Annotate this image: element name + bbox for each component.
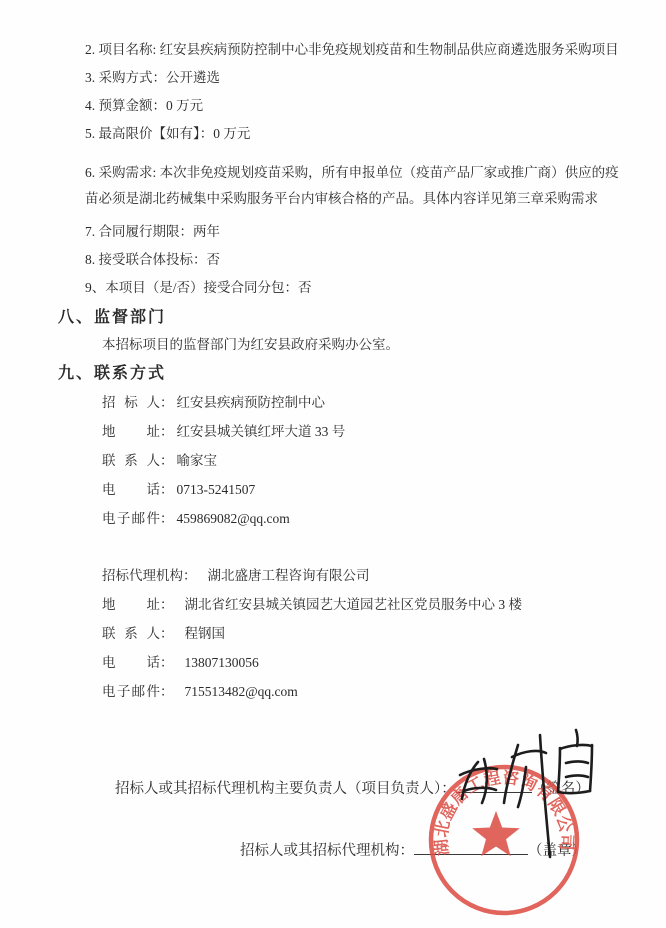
contact-label: 地址	[102, 417, 160, 446]
contact-label: 联系人	[102, 619, 160, 648]
contact-row-email: 电子邮件：715513482@qq.com	[102, 677, 626, 706]
document-body: 2. 项目名称: 红安县疾病预防控制中心非免疫规划疫苗和生物制品供应商遴选服务采…	[0, 0, 666, 706]
document-page: 2. 项目名称: 红安县疾病预防控制中心非免疫规划疫苗和生物制品供应商遴选服务采…	[0, 0, 666, 928]
section-heading-contact: 九、联系方式	[58, 360, 626, 388]
contact-row-address: 地址：湖北省红安县城关镇园艺大道园艺社区党员服务中心 3 楼	[102, 590, 626, 619]
supervision-paragraph: 本招标项目的监督部门为红安县政府采购办公室。	[102, 332, 626, 358]
contact-value: 459869082@qq.com	[174, 511, 290, 526]
contact-value: 程钢国	[174, 626, 226, 641]
contact-colon: ：	[160, 453, 174, 468]
company-seal: 湖北盛唐工程咨询有限公司	[431, 767, 577, 913]
contact-colon: ：	[160, 655, 174, 670]
section-heading-supervision: 八、监督部门	[58, 304, 626, 332]
seal-and-signature-overlay: 湖北盛唐工程咨询有限公司	[400, 715, 666, 928]
item-subcontract: 9、本项目（是/否）接受合同分包：否	[85, 274, 626, 302]
contact-colon: ：	[160, 395, 174, 410]
agency-contact-block: 招标代理机构：湖北盛唐工程咨询有限公司 地址：湖北省红安县城关镇园艺大道园艺社区…	[102, 561, 626, 706]
contact-colon: ：	[160, 684, 174, 699]
item-consortium-bid: 8. 接受联合体投标：否	[85, 246, 626, 274]
contact-colon: ：	[160, 511, 174, 526]
contact-label: 招标代理机构	[102, 561, 183, 590]
seal-star-icon	[472, 811, 520, 856]
contact-row-phone: 电话：0713-5241507	[102, 475, 626, 504]
item-project-name: 2. 项目名称: 红安县疾病预防控制中心非免疫规划疫苗和生物制品供应商遴选服务采…	[85, 36, 626, 64]
contact-value: 0713-5241507	[174, 482, 256, 497]
contact-value: 喻家宝	[174, 453, 218, 468]
contact-label: 电话	[102, 648, 160, 677]
item-contract-term: 7. 合同履行期限：两年	[85, 218, 626, 246]
tenderer-contact-block: 招标人：红安县疾病预防控制中心 地址：红安县城关镇红坪大道 33 号 联系人：喻…	[102, 388, 626, 533]
contact-row-email: 电子邮件：459869082@qq.com	[102, 504, 626, 533]
contact-row-tenderer: 招标人：红安县疾病预防控制中心	[102, 388, 626, 417]
contact-value: 红安县城关镇红坪大道 33 号	[174, 424, 346, 439]
item-budget-amount: 4. 预算金额：0 万元	[85, 92, 626, 120]
contact-value: 13807130056	[174, 655, 259, 670]
contact-colon: ：	[160, 424, 174, 439]
contact-colon: ：	[160, 597, 174, 612]
item-procurement-demand: 6. 采购需求: 本次非免疫规划疫苗采购，所有申报单位（疫苗产品厂家或推广商）供…	[85, 160, 626, 212]
contact-row-phone: 电话：13807130056	[102, 648, 626, 677]
contact-label: 招标人	[102, 388, 160, 417]
contact-row-address: 地址：红安县城关镇红坪大道 33 号	[102, 417, 626, 446]
contact-label: 电话	[102, 475, 160, 504]
item-procurement-method: 3. 采购方式：公开遴选	[85, 64, 626, 92]
contact-colon: ：	[183, 568, 197, 583]
contact-value: 红安县疾病预防控制中心	[174, 395, 326, 410]
contact-value: 湖北省红安县城关镇园艺大道园艺社区党员服务中心 3 楼	[174, 597, 523, 612]
item-max-price: 5. 最高限价【如有】：0 万元	[85, 120, 626, 148]
contact-label: 电子邮件	[102, 677, 160, 706]
contact-colon: ：	[160, 482, 174, 497]
contact-row-person: 联系人：喻家宝	[102, 446, 626, 475]
contact-value: 湖北盛唐工程咨询有限公司	[197, 568, 370, 583]
contact-value: 715513482@qq.com	[174, 684, 298, 699]
contact-row-agency: 招标代理机构：湖北盛唐工程咨询有限公司	[102, 561, 626, 590]
contact-label: 电子邮件	[102, 504, 160, 533]
signature-line2-label: 招标人或其招标代理机构：	[240, 843, 414, 859]
contact-colon: ：	[160, 626, 174, 641]
contact-label: 联系人	[102, 446, 160, 475]
contact-row-person: 联系人：程钢国	[102, 619, 626, 648]
contact-label: 地址	[102, 590, 160, 619]
